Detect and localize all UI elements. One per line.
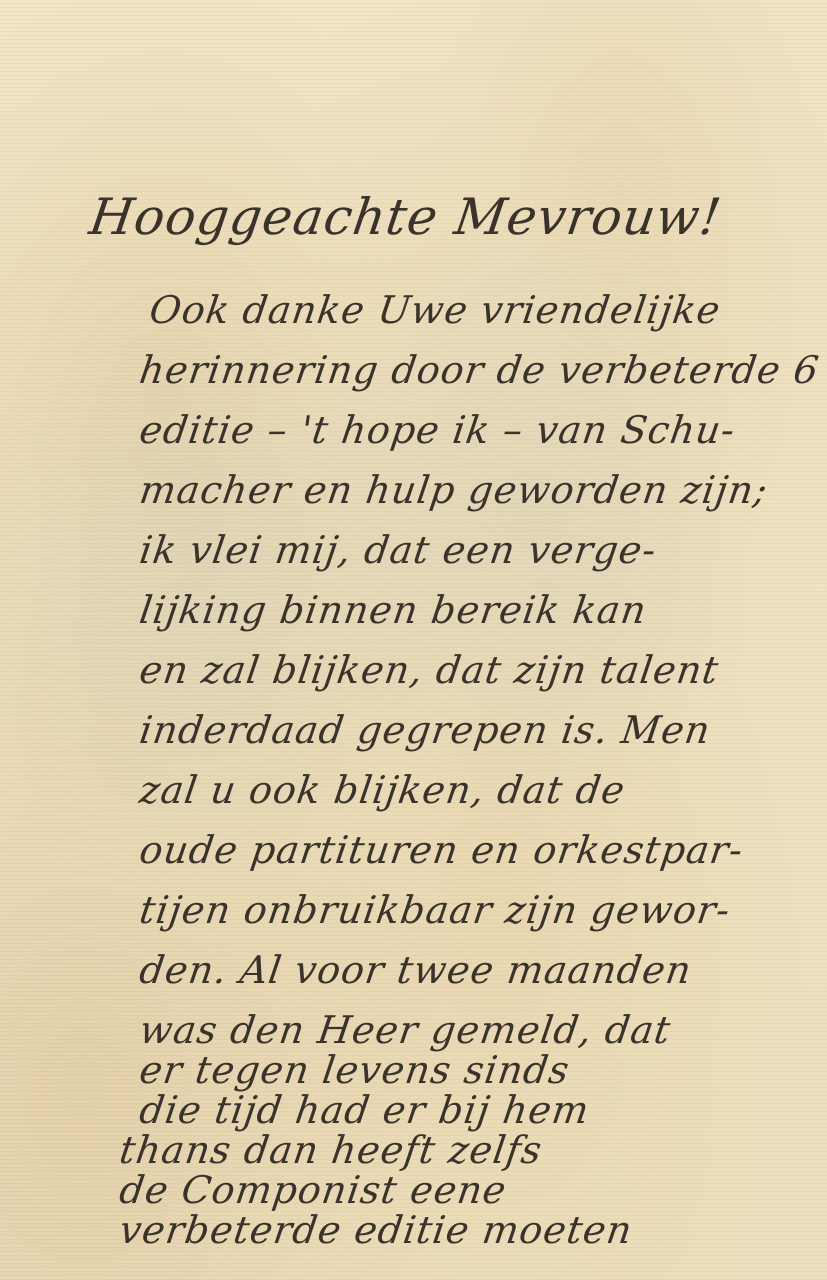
letter-line-11: tijen onbruikbaar zijn gewor-: [137, 888, 734, 932]
letter-line-17: de Componist eene: [117, 1168, 510, 1212]
letter-line-12: den. Al voor twee maanden: [137, 948, 695, 992]
letter-line-18: verbeterde editie moeten: [117, 1208, 636, 1252]
letter-line-13: was den Heer gemeld, dat: [137, 1008, 674, 1052]
letter-line-4: macher en hulp geworden zijn;: [137, 468, 771, 512]
letter-line-1: Ook danke Uwe vriendelijke: [147, 288, 724, 332]
letter-line-3: editie – 't hope ik – van Schu-: [137, 408, 738, 452]
letter-page: Hooggeachte Mevrouw! Ook danke Uwe vrien…: [0, 0, 827, 1280]
salutation: Hooggeachte Mevrouw!: [86, 188, 725, 246]
letter-line-9: zal u ook blijken, dat de: [137, 768, 628, 812]
letter-line-2: herinnering door de verbeterde 6: [137, 348, 822, 392]
letter-line-8: inderdaad gegrepen is. Men: [137, 708, 714, 752]
letter-line-6: lijking binnen bereik kan: [137, 588, 650, 632]
letter-line-7: en zal blijken, dat zijn talent: [137, 648, 722, 692]
letter-line-16: thans dan heeft zelfs: [117, 1128, 545, 1172]
letter-line-10: oude partituren en orkestpar-: [137, 828, 746, 872]
letter-line-5: ik vlei mij, dat een verge-: [137, 528, 660, 572]
letter-line-15: die tijd had er bij hem: [137, 1088, 592, 1132]
letter-line-14: er tegen levens sinds: [137, 1048, 573, 1092]
